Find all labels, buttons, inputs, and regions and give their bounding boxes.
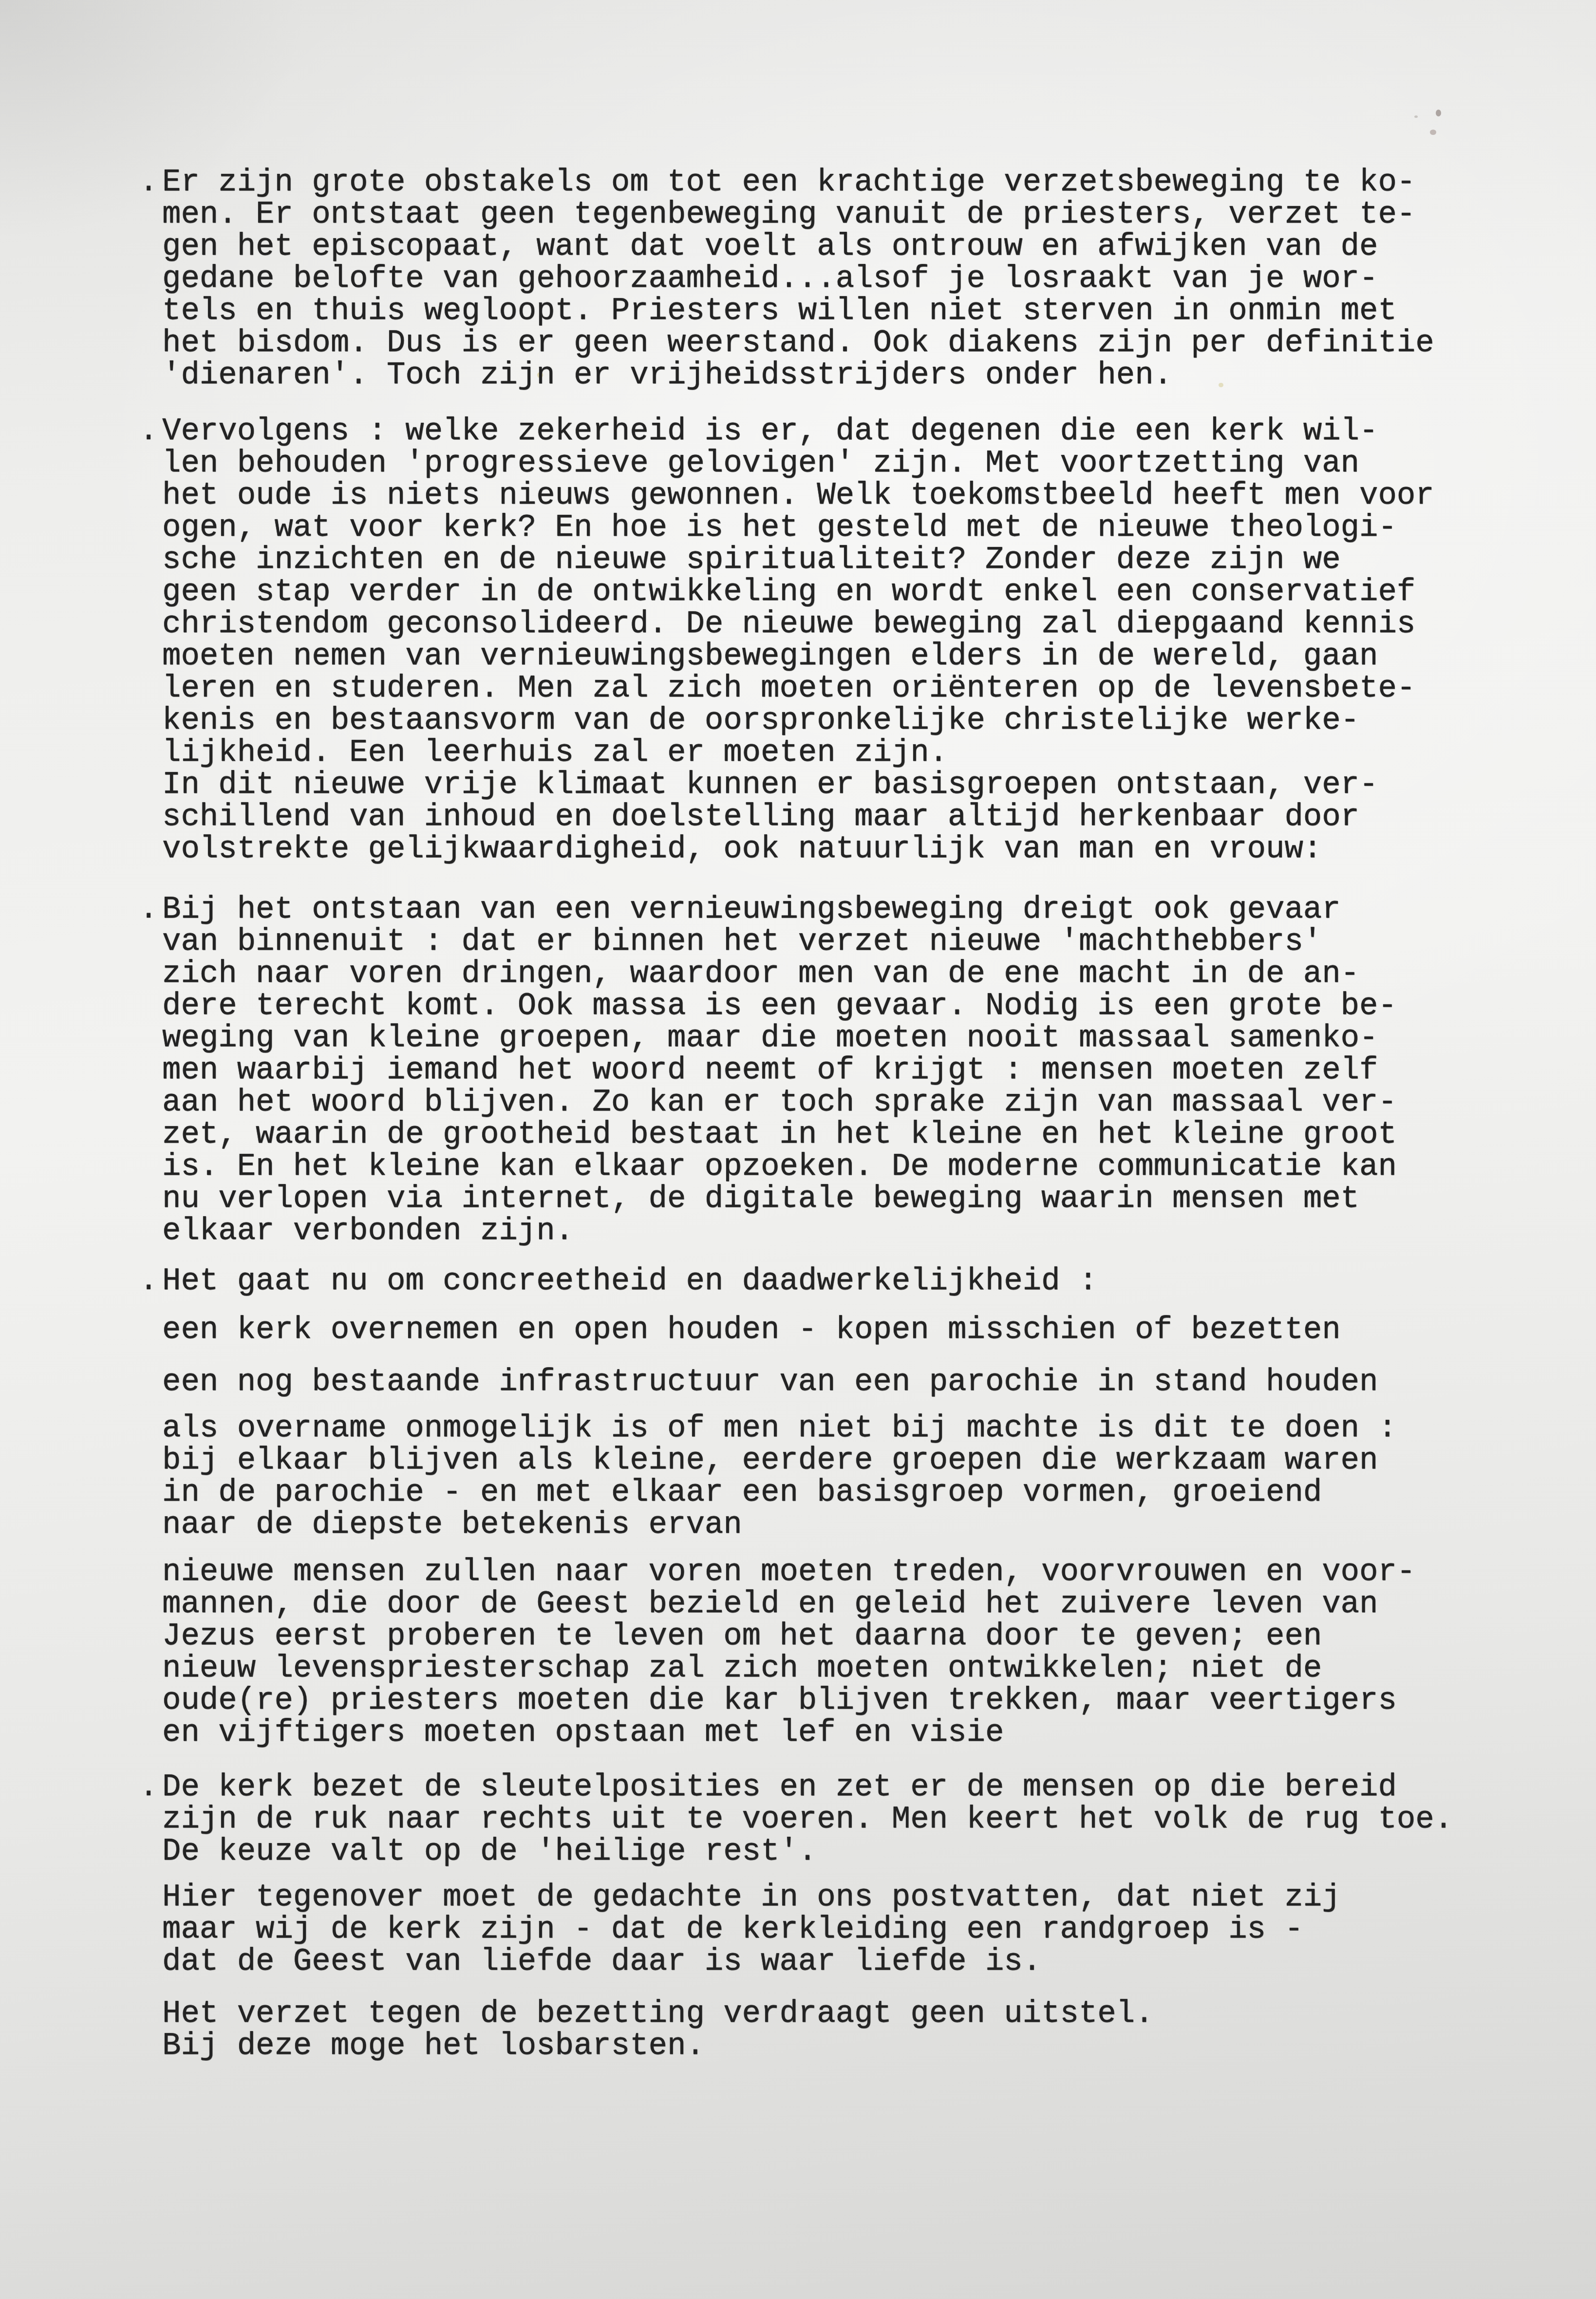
text-line: zet, waarin de grootheid bestaat in het … (162, 1119, 1397, 1151)
text-line: ogen, wat voor kerk? En hoe is het geste… (162, 512, 1434, 544)
text-line: zich naar voren dringen, waardoor men va… (162, 958, 1397, 990)
text-line: leren en studeren. Men zal zich moeten o… (162, 673, 1434, 705)
text-line: elkaar verbonden zijn. (162, 1215, 1397, 1247)
text-line: lijkheid. Een leerhuis zal er moeten zij… (162, 737, 1434, 769)
paragraph-kerk-overnemen: een kerk overnemen en open houden - kope… (162, 1314, 1341, 1346)
text-line: nieuwe mensen zullen naar voren moeten t… (162, 1556, 1415, 1588)
text-line: Bij het ontstaan van een vernieuwingsbew… (162, 894, 1397, 926)
text-line: bij elkaar blijven als kleine, eerdere g… (162, 1445, 1397, 1477)
text-line: een kerk overnemen en open houden - kope… (162, 1314, 1341, 1346)
text-line: dere terecht komt. Ook massa is een geva… (162, 990, 1397, 1022)
text-line: maar wij de kerk zijn - dat de kerkleidi… (162, 1914, 1341, 1946)
text-line: men. Er ontstaat geen tegenbeweging vanu… (162, 199, 1434, 231)
bullet-marker: . (139, 1771, 158, 1804)
paragraph-obstakels: . Er zijn grote obstakels om tot een kra… (162, 167, 1434, 392)
bullet-marker: . (139, 894, 158, 926)
paragraph-vervolgens: . Vervolgens : welke zekerheid is er, da… (162, 415, 1434, 866)
dust-speck (1414, 115, 1418, 118)
dust-speck (1430, 130, 1436, 135)
text-line: het oude is niets nieuws gewonnen. Welk … (162, 480, 1434, 512)
text-line: len behouden 'progressieve gelovigen' zi… (162, 448, 1434, 480)
text-line: De kerk bezet de sleutelposities en zet … (162, 1771, 1453, 1804)
text-line: christendom geconsolideerd. De nieuwe be… (162, 608, 1434, 641)
text-line: weging van kleine groepen, maar die moet… (162, 1022, 1397, 1055)
text-line: naar de diepste betekenis ervan (162, 1509, 1397, 1541)
bullet-marker: . (139, 415, 158, 448)
paragraph-slot: Het verzet tegen de bezetting verdraagt … (162, 1998, 1154, 2062)
text-line: sche inzichten en de nieuwe spiritualite… (162, 544, 1434, 576)
paragraph-gevaar-binnenuit: . Bij het ontstaan van een vernieuwingsb… (162, 894, 1397, 1247)
text-line: men waarbij iemand het woord neemt of kr… (162, 1055, 1397, 1087)
text-line: oude(re) priesters moeten die kar blijve… (162, 1685, 1415, 1717)
text-line: aan het woord blijven. Zo kan er toch sp… (162, 1087, 1397, 1119)
text-line: als overname onmogelijk is of men niet b… (162, 1413, 1397, 1445)
paragraph-overname-onmogelijk: als overname onmogelijk is of men niet b… (162, 1413, 1397, 1541)
text-line: in de parochie - en met elkaar een basis… (162, 1477, 1397, 1509)
paragraph-hier-tegenover: Hier tegenover moet de gedachte in ons p… (162, 1882, 1341, 1978)
text-line: het bisdom. Dus is er geen weerstand. Oo… (162, 327, 1434, 359)
text-line: schillend van inhoud en doelstelling maa… (162, 801, 1434, 833)
text-line: een nog bestaande infrastructuur van een… (162, 1366, 1378, 1398)
text-line: De keuze valt op de 'heilige rest'. (162, 1836, 1453, 1868)
bullet-marker: . (139, 167, 158, 199)
paragraph-infrastructuur: een nog bestaande infrastructuur van een… (162, 1366, 1378, 1398)
text-line: is. En het kleine kan elkaar opzoeken. D… (162, 1151, 1397, 1183)
text-line: volstrekte gelijkwaardigheid, ook natuur… (162, 833, 1434, 866)
text-line: nieuw levenspriesterschap zal zich moete… (162, 1653, 1415, 1685)
text-line: Jezus eerst proberen te leven om het daa… (162, 1621, 1415, 1653)
text-line: Bij deze moge het losbarsten. (162, 2030, 1154, 2062)
text-line: Het gaat nu om concreetheid en daadwerke… (162, 1265, 1097, 1298)
text-line: Hier tegenover moet de gedachte in ons p… (162, 1882, 1341, 1914)
paragraph-sleutelposities: . De kerk bezet de sleutelposities en ze… (162, 1771, 1453, 1868)
text-line: mannen, die door de Geest bezield en gel… (162, 1588, 1415, 1621)
text-line: In dit nieuwe vrije klimaat kunnen er ba… (162, 769, 1434, 801)
text-line: Vervolgens : welke zekerheid is er, dat … (162, 415, 1434, 448)
text-line: Er zijn grote obstakels om tot een krach… (162, 167, 1434, 199)
text-line: kenis en bestaansvorm van de oorspronkel… (162, 705, 1434, 737)
text-line: nu verlopen via internet, de digitale be… (162, 1183, 1397, 1215)
paragraph-nieuwe-mensen: nieuwe mensen zullen naar voren moeten t… (162, 1556, 1415, 1749)
text-line: 'dienaren'. Toch zijn er vrijheidsstrijd… (162, 359, 1434, 392)
text-line: van binnenuit : dat er binnen het verzet… (162, 926, 1397, 958)
text-line: Het verzet tegen de bezetting verdraagt … (162, 1998, 1154, 2030)
text-line: gen het episcopaat, want dat voelt als o… (162, 231, 1434, 263)
document-page: . Er zijn grote obstakels om tot een kra… (0, 0, 1596, 2299)
text-line: geen stap verder in de ontwikkeling en w… (162, 576, 1434, 608)
text-line: zijn de ruk naar rechts uit te voeren. M… (162, 1804, 1453, 1836)
dust-speck (1436, 110, 1441, 116)
text-line: dat de Geest van liefde daar is waar lie… (162, 1946, 1341, 1978)
text-line: en vijftigers moeten opstaan met lef en … (162, 1717, 1415, 1749)
text-line: tels en thuis wegloopt. Priesters willen… (162, 295, 1434, 327)
text-line: moeten nemen van vernieuwingsbewegingen … (162, 641, 1434, 673)
bullet-marker: . (139, 1265, 158, 1298)
text-line: gedane belofte van gehoorzaamheid...also… (162, 263, 1434, 295)
paragraph-concreetheid: . Het gaat nu om concreetheid en daadwer… (162, 1265, 1097, 1298)
